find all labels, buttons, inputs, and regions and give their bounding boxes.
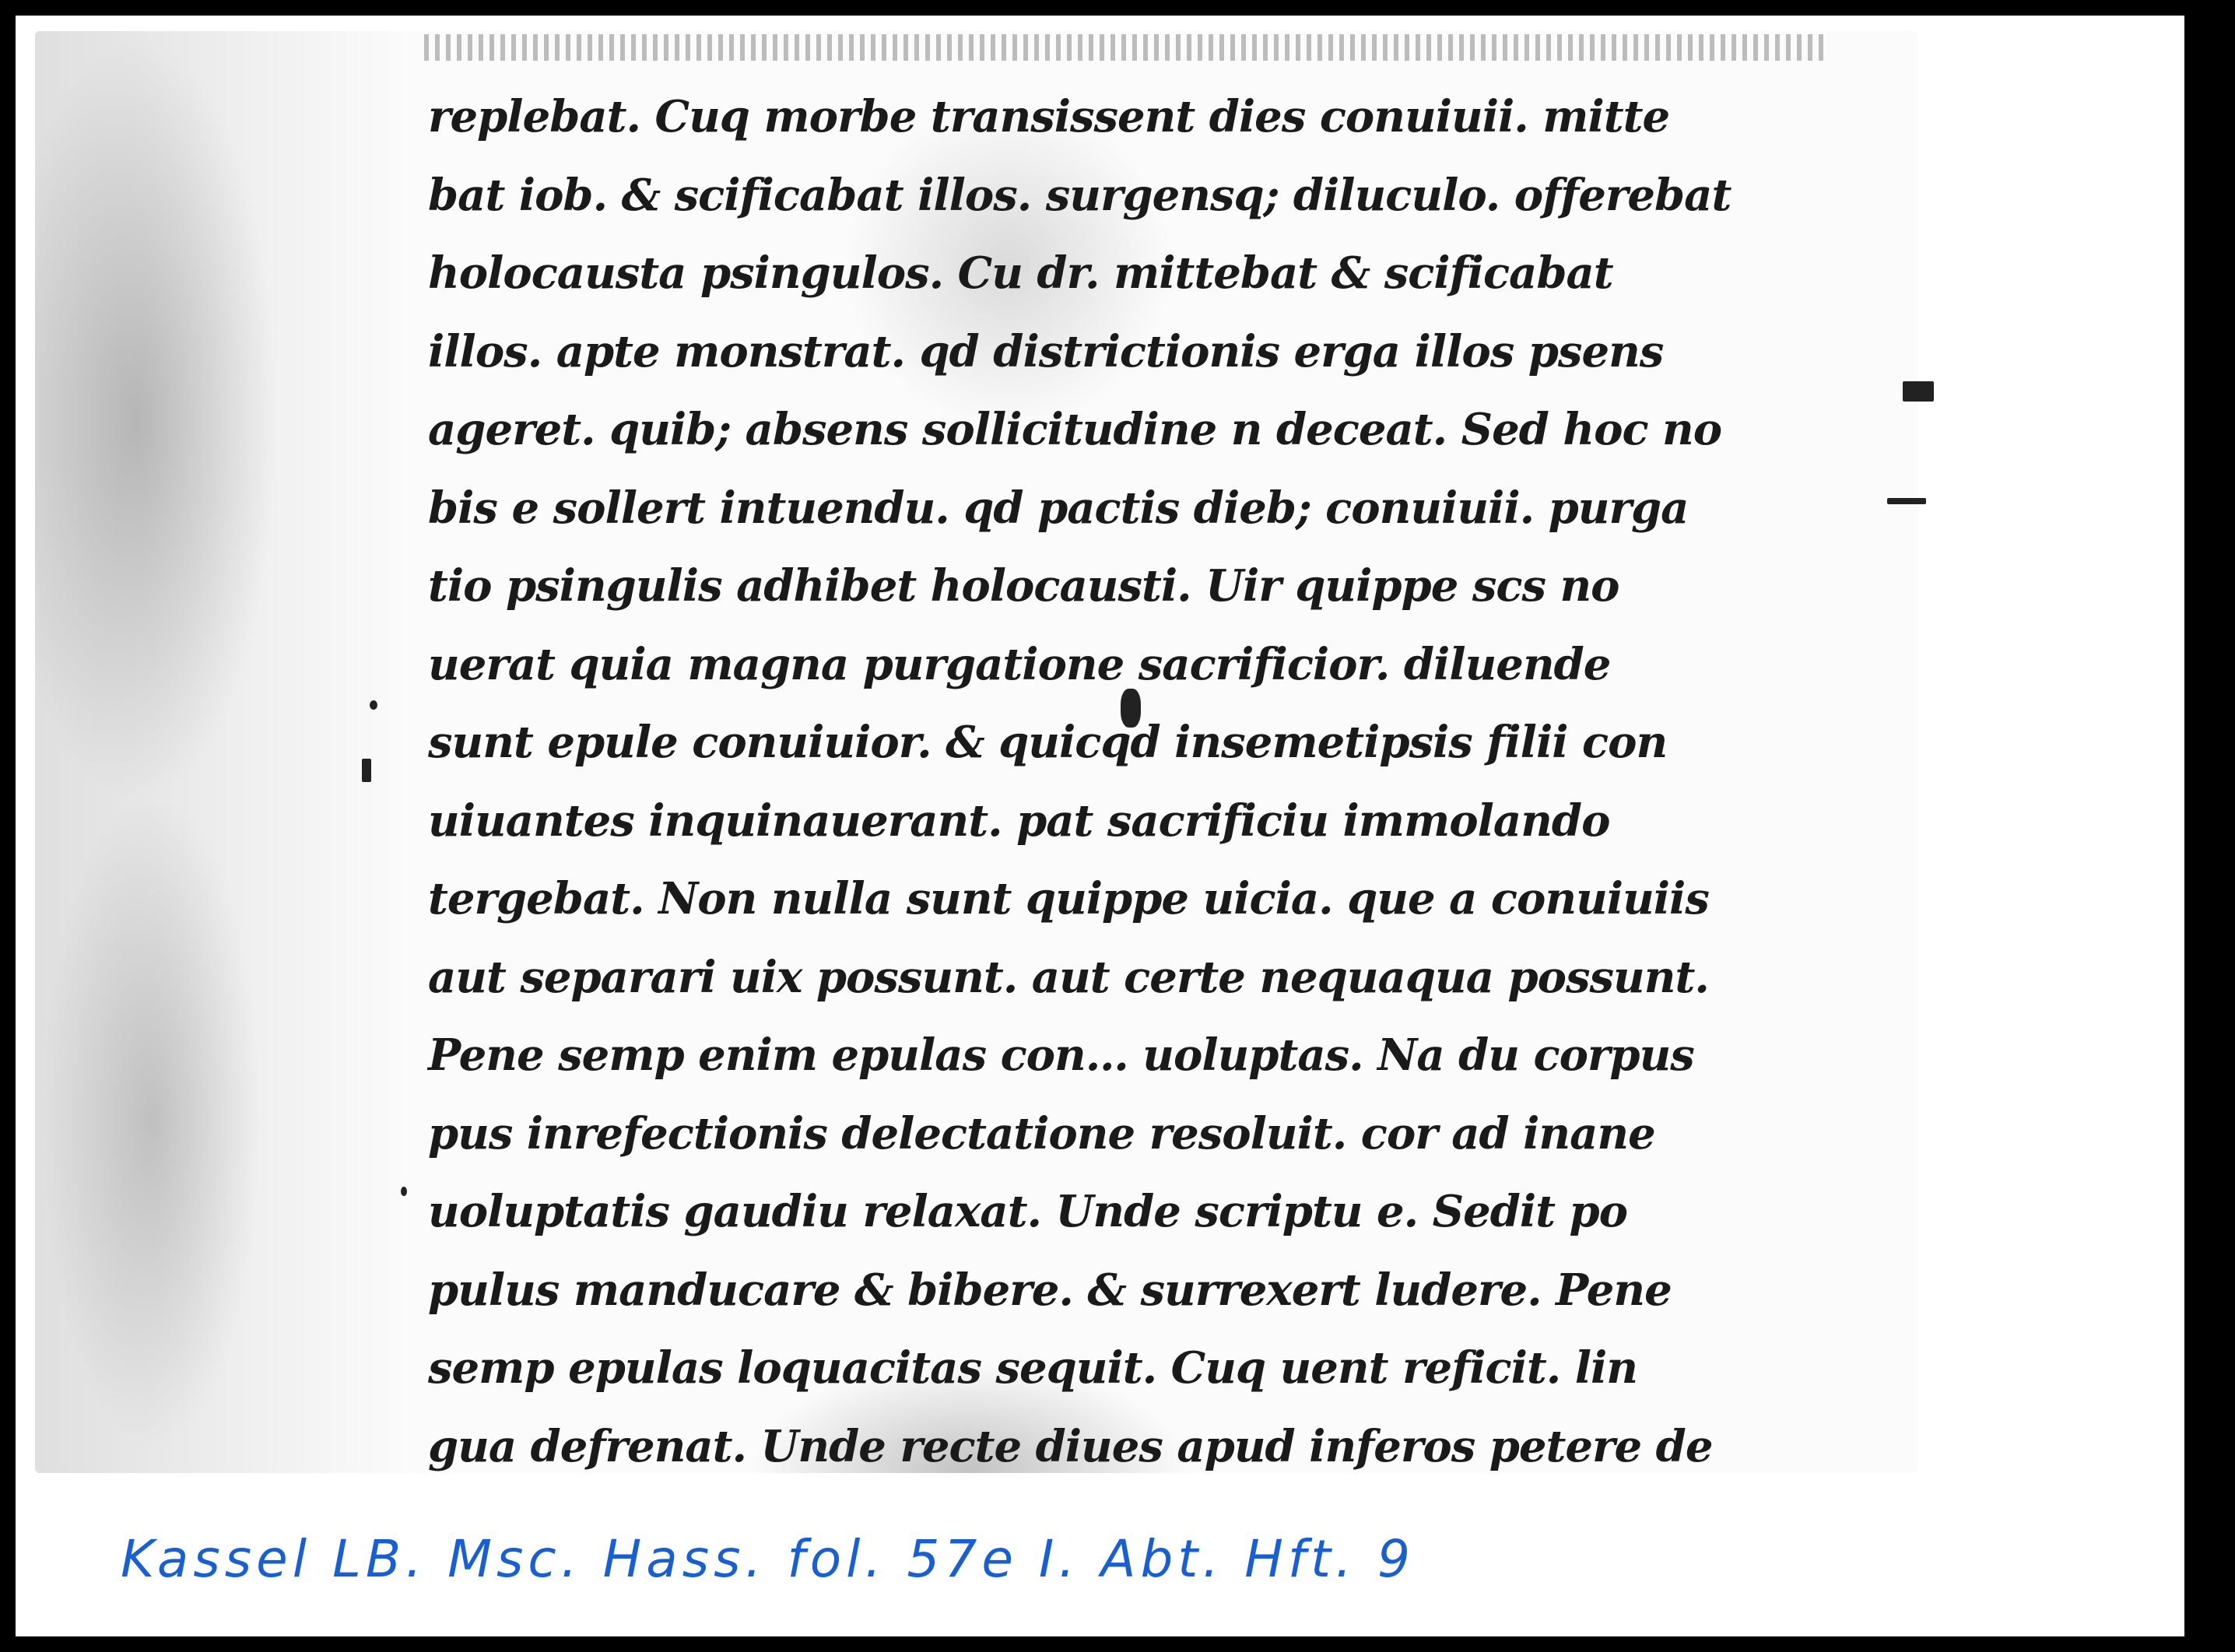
text-line: pulus manducare & bibere. & surrexert lu… bbox=[428, 1251, 1805, 1330]
text-line: sunt epule conuiuior. & quicqd insemetip… bbox=[428, 703, 1805, 782]
text-line: bis e sollert intuendu. qd pactis dieb; … bbox=[428, 469, 1805, 548]
margin-mark bbox=[1887, 498, 1926, 504]
text-line: replebat. Cuq morbe transissent dies con… bbox=[428, 78, 1805, 156]
text-line: pus inrefectionis delectatione resoluit.… bbox=[428, 1095, 1805, 1173]
text-line: tergebat. Non nulla sunt quippe uicia. q… bbox=[428, 860, 1805, 938]
margin-mark bbox=[362, 759, 371, 782]
scan-sheet: replebat. Cuq morbe transissent dies con… bbox=[16, 16, 2184, 1636]
text-line: uiuantes inquinauerant. pat sacrificiu i… bbox=[428, 782, 1805, 861]
text-line: semp epulas loquacitas sequit. Cuq uent … bbox=[428, 1329, 1805, 1408]
margin-mark bbox=[1903, 381, 1934, 402]
text-line: illos. apte monstrat. qd districtionis e… bbox=[428, 313, 1805, 391]
margin-mark bbox=[401, 1187, 407, 1196]
text-line: Pene semp enim epulas con… uoluptas. Na … bbox=[428, 1016, 1805, 1095]
manuscript-text-block: replebat. Cuq morbe transissent dies con… bbox=[428, 78, 1805, 1485]
text-line: aut separari uix possunt. aut certe nequ… bbox=[428, 938, 1805, 1017]
manuscript-folio: replebat. Cuq morbe transissent dies con… bbox=[35, 31, 1918, 1473]
text-line: uerat quia magna purgatione sacrificior.… bbox=[428, 626, 1805, 704]
text-line: holocausta psingulos. Cu dr. mittebat & … bbox=[428, 234, 1805, 313]
archive-caption: Kassel LB. Msc. Hass. fol. 57e I. Abt. H… bbox=[121, 1529, 1415, 1589]
cut-off-top-line bbox=[424, 34, 1825, 61]
text-line: bat iob. & scificabat illos. surgensq; d… bbox=[428, 156, 1805, 235]
text-line: tio psingulis adhibet holocausti. Uir qu… bbox=[428, 547, 1805, 626]
margin-mark bbox=[370, 700, 377, 710]
ink-blot bbox=[1121, 689, 1141, 728]
text-line: gua defrenat. Unde recte diues apud infe… bbox=[428, 1408, 1805, 1486]
text-line: ageret. quib; absens sollicitudine n dec… bbox=[428, 391, 1805, 469]
text-line: uoluptatis gaudiu relaxat. Unde scriptu … bbox=[428, 1173, 1805, 1251]
